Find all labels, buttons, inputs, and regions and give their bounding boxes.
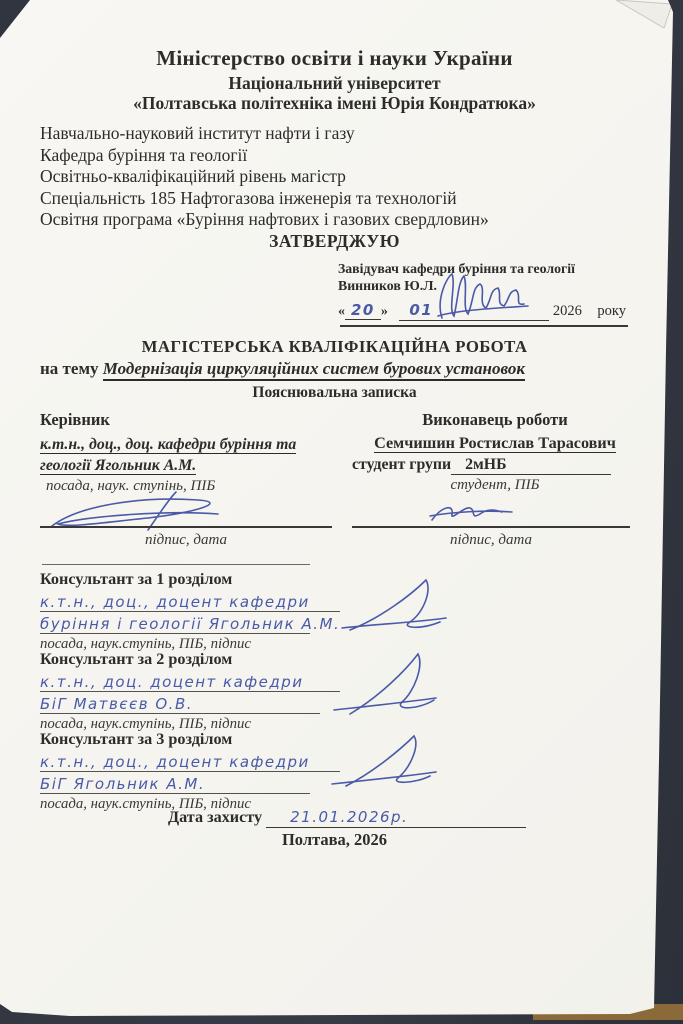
consultant-1-hand-line2: буріння і геології Ягольник А.М. xyxy=(40,615,310,634)
group-label: студент групи xyxy=(352,456,451,473)
executor-column: Виконавець роботи Семчишин Ростислав Тар… xyxy=(352,410,638,494)
supervisor-column: Керівник к.т.н., доц., доц. кафедри бурі… xyxy=(40,410,355,495)
defense-date-row: Дата захисту 21.01.2026р. xyxy=(168,808,526,828)
quote-open: « xyxy=(338,304,345,319)
defense-label: Дата захисту xyxy=(168,808,262,826)
work-type-title: МАГІСТЕРСЬКА КВАЛІФІКАЦІЙНА РОБОТА xyxy=(0,337,669,357)
executor-label: Виконавець роботи xyxy=(352,410,638,430)
supervisor-sign-caption: підпис, дата xyxy=(40,532,332,549)
ministry-heading: Міністерство освіти і науки України xyxy=(0,46,669,71)
department-line: Кафедра буріння та геології xyxy=(40,145,489,167)
consultant-3-hand-line2: БіГ Ягольник А.М. xyxy=(40,775,310,794)
supervisor-sign-line xyxy=(40,526,332,528)
scanned-thesis-title-page: Міністерство освіти і науки України Наці… xyxy=(0,0,683,1024)
year-suffix: року xyxy=(597,303,626,319)
city-year: Полтава, 2026 xyxy=(0,830,669,850)
page-corner-fold xyxy=(602,0,674,34)
day-handwritten: 20 xyxy=(345,301,381,320)
consultant-3-signature xyxy=(330,734,440,792)
institute-line: Навчально-науковий інститут нафти і газу xyxy=(40,123,489,145)
consultant-2-signature xyxy=(330,652,440,722)
quote-close: » xyxy=(381,304,388,319)
approval-divider-line xyxy=(340,325,628,327)
approve-label: ЗАТВЕРДЖУЮ xyxy=(0,231,669,252)
paper-sheet: Міністерство освіти і науки України Наці… xyxy=(0,0,683,1024)
consultant-2-hand-line2: БіГ Матвєєв О.В. xyxy=(40,695,320,714)
consultant-1-signature xyxy=(340,578,450,638)
level-line: Освітньо-кваліфікаційний рівень магістр xyxy=(40,166,489,188)
consultant-2-hand-line1: к.т.н., доц. доцент кафедри xyxy=(40,673,340,692)
consultant-1-hand-line1: к.т.н., доц., доцент кафедри xyxy=(40,593,340,612)
specialty-line: Спеціальність 185 Нафтогазова інженерія … xyxy=(40,188,489,210)
topic-prefix: на тему xyxy=(40,359,99,378)
supervisor-label: Керівник xyxy=(40,410,355,430)
head-signature xyxy=(428,270,538,322)
university-heading: Національний університет xyxy=(0,73,669,94)
consultant-3-hand-line1: к.т.н., доц., доцент кафедри xyxy=(40,753,340,772)
year-text: 2026 xyxy=(553,303,582,319)
institute-info: Навчально-науковий інститут нафти і газу… xyxy=(40,123,489,231)
group-value: 2мНБ xyxy=(465,456,506,473)
supervisor-position-line1: к.т.н., доц., доц. кафедри буріння та xyxy=(40,436,296,454)
topic-text: Модернізація циркуляційних систем бурови… xyxy=(103,359,525,381)
subtitle: Пояснювальна записка xyxy=(0,384,669,402)
executor-signature xyxy=(428,500,518,528)
topic-row: на тему Модернізація циркуляційних систе… xyxy=(40,359,640,379)
consultants-top-line xyxy=(42,564,310,565)
group-row: студент групи2мНБ xyxy=(352,456,638,475)
executor-sign-caption: підпис, дата xyxy=(352,532,630,549)
executor-caption: студент, ПІБ xyxy=(352,477,638,494)
defense-date-handwritten: 21.01.2026р. xyxy=(290,808,408,826)
executor-name: Семчишин Ростислав Тарасович xyxy=(374,434,616,453)
supervisor-position-line2: геології Ягольник А.М. xyxy=(40,457,196,475)
program-line: Освітня програма «Буріння нафтових і газ… xyxy=(40,209,489,231)
executor-sign-line xyxy=(352,526,630,528)
university-name: «Полтавська політехніка імені Юрія Кондр… xyxy=(0,93,669,114)
